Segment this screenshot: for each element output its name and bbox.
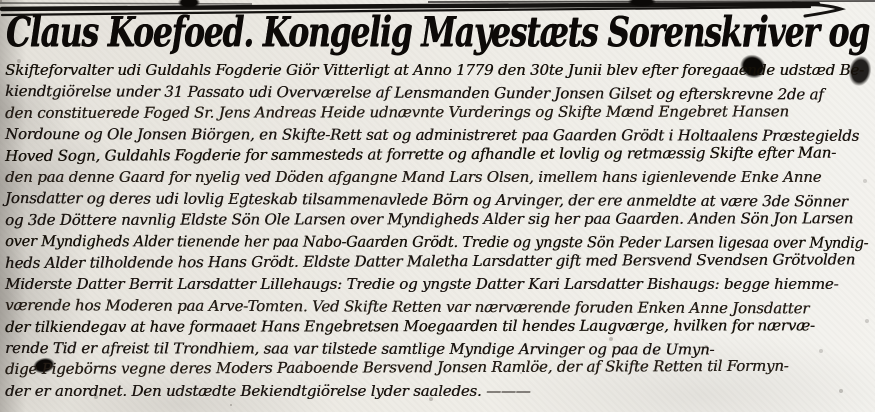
text-line: dige Pigebörns vegne deres Moders Paaboe… <box>5 356 868 381</box>
manuscript-body: Skifteforvalter udi Guldahls Fogderie Gi… <box>5 60 868 402</box>
text-line: der er anordnet. Den udstædte Bekiendtgi… <box>5 381 868 402</box>
ink-blot <box>628 0 656 7</box>
text-line: Hoved Sogn, Guldahls Fogderie for sammes… <box>5 142 868 167</box>
text-line: den paa denne Gaard for nyelig ved Döden… <box>5 167 868 188</box>
manuscript-page: Claus Koefoed. Kongelig Mayestæts Sorens… <box>0 0 875 412</box>
page-title: Claus Koefoed. Kongelig Mayestæts Sorens… <box>6 8 869 56</box>
text-line: den constituerede Foged Sr. Jens Andreas… <box>5 101 868 124</box>
text-line: Skifteforvalter udi Guldahls Fogderie Gi… <box>5 60 868 81</box>
text-line: heds Alder tilholdende hos Hans Grödt. E… <box>5 249 868 274</box>
text-line: Miderste Datter Berrit Larsdatter Lilleh… <box>5 274 868 295</box>
ink-blot <box>178 0 200 8</box>
text-line: der tilkiendegav at have formaaet Hans E… <box>5 315 868 338</box>
text-line: og 3de Döttere navnlig Eldste Sön Ole La… <box>5 208 868 231</box>
